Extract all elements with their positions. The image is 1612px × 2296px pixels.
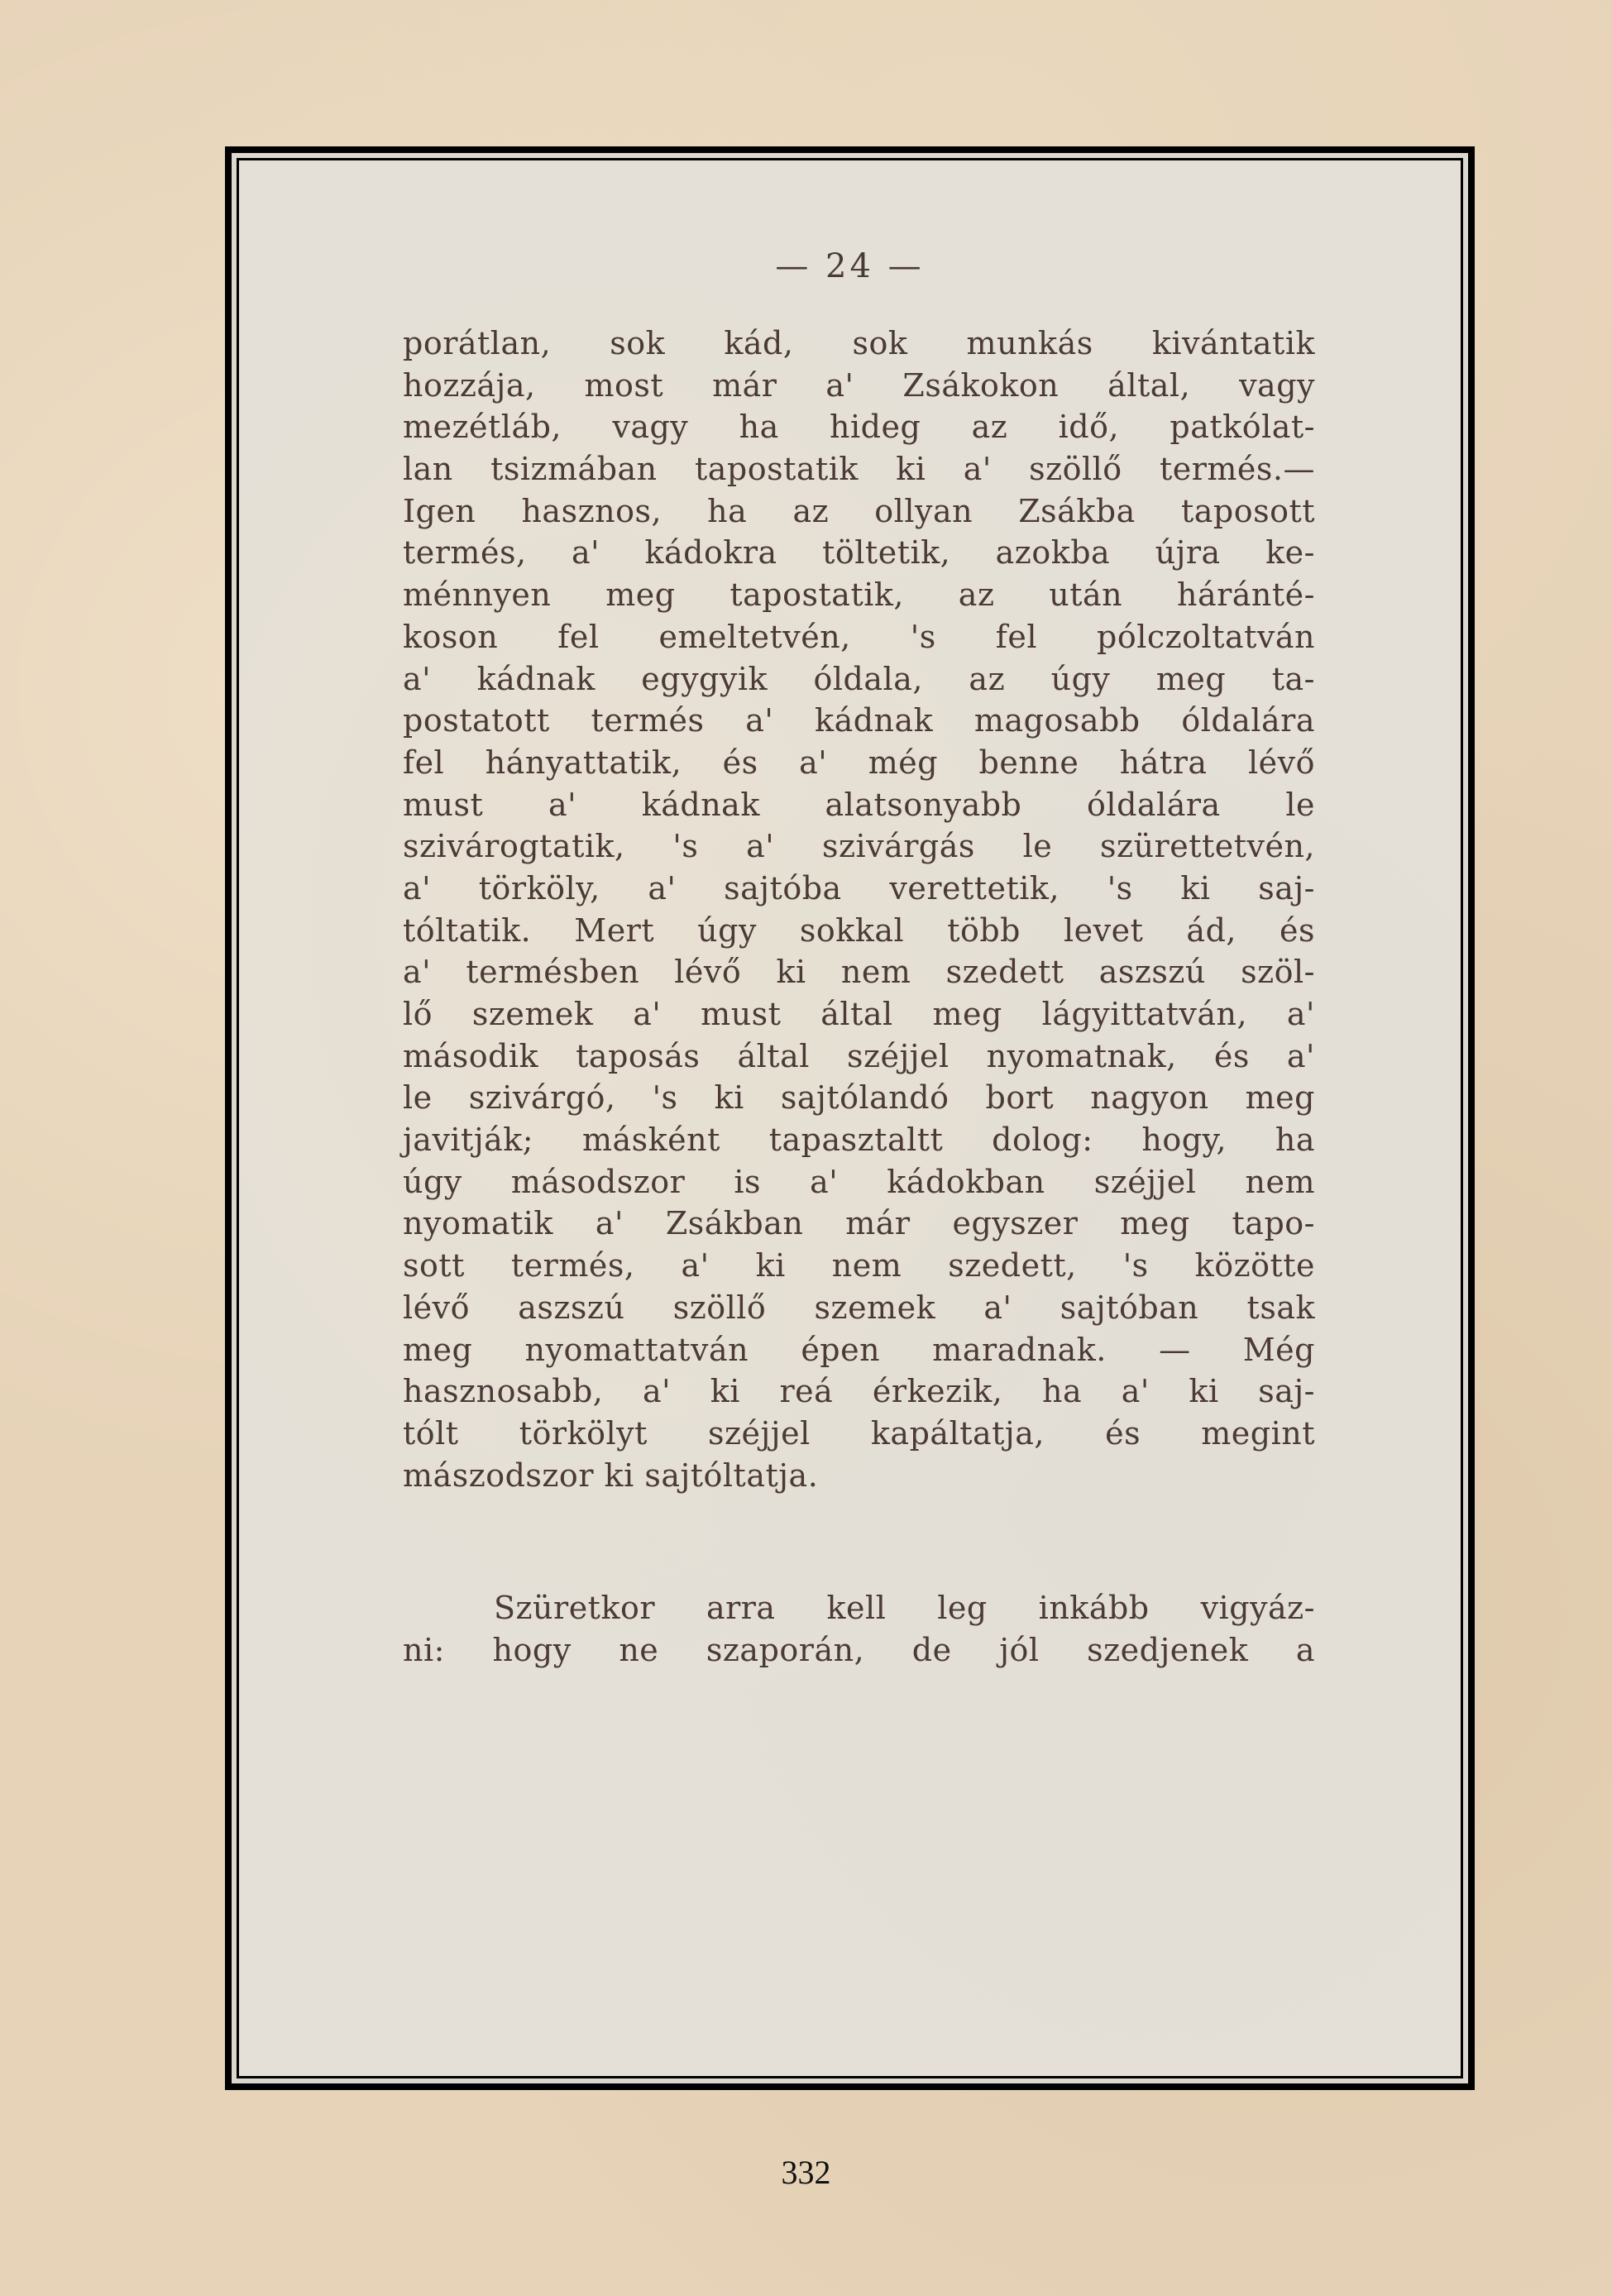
page-header: — 24 —: [239, 247, 1461, 285]
text-line: úgy másodszor is a' kádokban széjjel nem: [403, 1161, 1315, 1203]
text-line: porátlan, sok kád, sok munkás kivántatik: [403, 323, 1315, 365]
body-text: porátlan, sok kád, sok munkás kivántatik…: [403, 323, 1315, 1672]
text-line: sott termés, a' ki nem szedett, 's közöt…: [403, 1245, 1315, 1287]
text-line: tóltatik. Mert úgy sokkal több levet ád,…: [403, 910, 1315, 952]
text-line: meg nyomattatván épen maradnak. — Még: [403, 1329, 1315, 1371]
text-line: a' kádnak egygyik óldala, az úgy meg ta-: [403, 658, 1315, 701]
page-frame-inner: — 24 — porátlan, sok kád, sok munkás kiv…: [237, 158, 1463, 2078]
text-line: le szivárgó, 's ki sajtólandó bort nagyo…: [403, 1077, 1315, 1119]
text-line: mászodszor ki sajtóltatja.: [403, 1455, 1315, 1497]
text-line: ni: hogy ne szaporán, de jól szedjenek a: [403, 1629, 1315, 1672]
scanned-page: — 24 — porátlan, sok kád, sok munkás kiv…: [239, 160, 1461, 2076]
text-line: ménnyen meg tapostatik, az után háránté-: [403, 574, 1315, 616]
text-line: a' termésben lévő ki nem szedett aszszú …: [403, 951, 1315, 993]
paragraph-2: Szüretkor arra kell leg inkább vigyáz- n…: [403, 1587, 1315, 1671]
page-number: 332: [0, 2153, 1612, 2192]
text-line: lévő aszszú szöllő szemek a' sajtóban ts…: [403, 1287, 1315, 1329]
text-line: lan tsizmában tapostatik ki a' szöllő te…: [403, 448, 1315, 490]
text-line: második taposás által széjjel nyomatnak,…: [403, 1036, 1315, 1078]
text-line: Szüretkor arra kell leg inkább vigyáz-: [403, 1587, 1315, 1629]
text-line: postatott termés a' kádnak magosabb ólda…: [403, 700, 1315, 742]
text-line: termés, a' kádokra töltetik, azokba újra…: [403, 532, 1315, 574]
text-line: nyomatik a' Zsákban már egyszer meg tapo…: [403, 1203, 1315, 1245]
text-line: lő szemek a' must által meg lágyittatván…: [403, 993, 1315, 1036]
paragraph-gap: [403, 1496, 1315, 1587]
text-line: mezétláb, vagy ha hideg az idő, patkólat…: [403, 406, 1315, 448]
text-line: javitják; másként tapasztaltt dolog: hog…: [403, 1119, 1315, 1161]
text-line: hozzája, most már a' Zsákokon által, vag…: [403, 365, 1315, 407]
text-line: fel hányattatik, és a' még benne hátra l…: [403, 742, 1315, 784]
text-line: koson fel emeltetvén, 's fel pólczoltatv…: [403, 616, 1315, 658]
text-line: tólt törkölyt széjjel kapáltatja, és meg…: [403, 1413, 1315, 1455]
page-frame-outer: — 24 — porátlan, sok kád, sok munkás kiv…: [225, 146, 1475, 2090]
paragraph-1: porátlan, sok kád, sok munkás kivántatik…: [403, 323, 1315, 1496]
text-line: Igen hasznos, ha az ollyan Zsákba taposo…: [403, 490, 1315, 533]
text-line: szivárogtatik, 's a' szivárgás le szüret…: [403, 825, 1315, 868]
text-line: hasznosabb, a' ki reá érkezik, ha a' ki …: [403, 1370, 1315, 1413]
text-line: a' törköly, a' sajtóba verettetik, 's ki…: [403, 868, 1315, 910]
text-line: must a' kádnak alatsonyabb óldalára le: [403, 784, 1315, 826]
